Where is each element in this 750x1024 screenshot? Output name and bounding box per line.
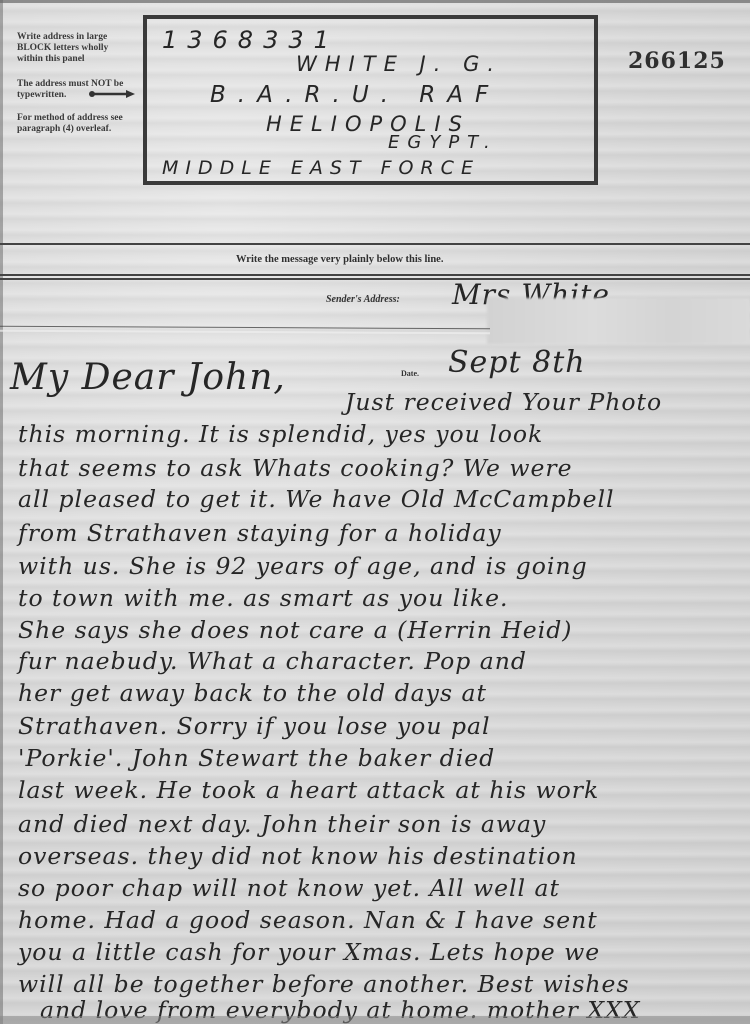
instruction-method: For method of address see paragraph (4) … <box>17 113 127 135</box>
paper-tear-line <box>0 326 490 335</box>
letter-line: and died next day. John their son is awa… <box>18 810 546 838</box>
divider-rule-top <box>0 243 750 245</box>
letter-line: overseas. they did not know his destinat… <box>18 842 578 870</box>
sheet-left-edge <box>0 0 3 1024</box>
instruction-block-letters: Write address in large BLOCK letters who… <box>17 32 127 65</box>
letter-salutation: My Dear John, <box>10 357 286 398</box>
letter-line: last week. He took a heart attack at his… <box>18 776 599 804</box>
letter-line: will all be together before another. Bes… <box>18 970 630 998</box>
airgraph-letter-sheet: Write address in large BLOCK letters who… <box>0 0 750 1024</box>
letter-line: that seems to ask Whats cooking? We were <box>18 454 573 482</box>
address-force: MIDDLE EAST FORCE <box>162 157 480 179</box>
arrow-right-icon <box>88 89 136 99</box>
letter-line: Just received Your Photo <box>345 388 662 416</box>
letter-line: her get away back to the old days at <box>18 679 487 707</box>
serial-number: 266125 <box>628 48 726 74</box>
letter-line: all pleased to get it. We have Old McCam… <box>18 485 615 513</box>
date-label: Date. <box>401 369 419 378</box>
letter-line: this morning. It is splendid, yes you lo… <box>18 420 543 448</box>
letter-line: fur naebudy. What a character. Pop and <box>18 647 527 675</box>
sheet-top-edge <box>0 0 750 3</box>
address-country: EGYPT. <box>388 132 498 153</box>
sender-address-label: Sender's Address: <box>326 294 400 305</box>
address-service-number: 1368331 <box>162 26 339 54</box>
letter-line: to town with me. as smart as you like. <box>18 584 508 612</box>
letter-line: home. Had a good season. Nan & I have se… <box>18 906 598 934</box>
address-name: WHITE J. G. <box>296 52 502 76</box>
divider-rule-middle-2 <box>0 278 750 280</box>
address-unit: B.A.R.U. RAF <box>210 82 500 108</box>
write-below-instruction: Write the message very plainly below thi… <box>236 254 443 265</box>
letter-line: with us. She is 92 years of age, and is … <box>18 552 588 580</box>
letter-line: Strathaven. Sorry if you lose you pal <box>18 712 491 740</box>
letter-line: She says she does not care a (Herrin Hei… <box>18 616 572 644</box>
letter-line: 'Porkie'. John Stewart the baker died <box>18 744 495 772</box>
redacted-sender-address <box>487 298 750 344</box>
letter-date: Sept 8th <box>448 345 586 380</box>
letter-line: you a little cash for your Xmas. Lets ho… <box>18 938 600 966</box>
divider-rule-middle-1 <box>0 274 750 276</box>
letter-line: so poor chap will not know yet. All well… <box>18 874 560 902</box>
letter-line: from Strathaven staying for a holiday <box>18 519 502 547</box>
sheet-bottom-edge <box>0 1016 750 1024</box>
